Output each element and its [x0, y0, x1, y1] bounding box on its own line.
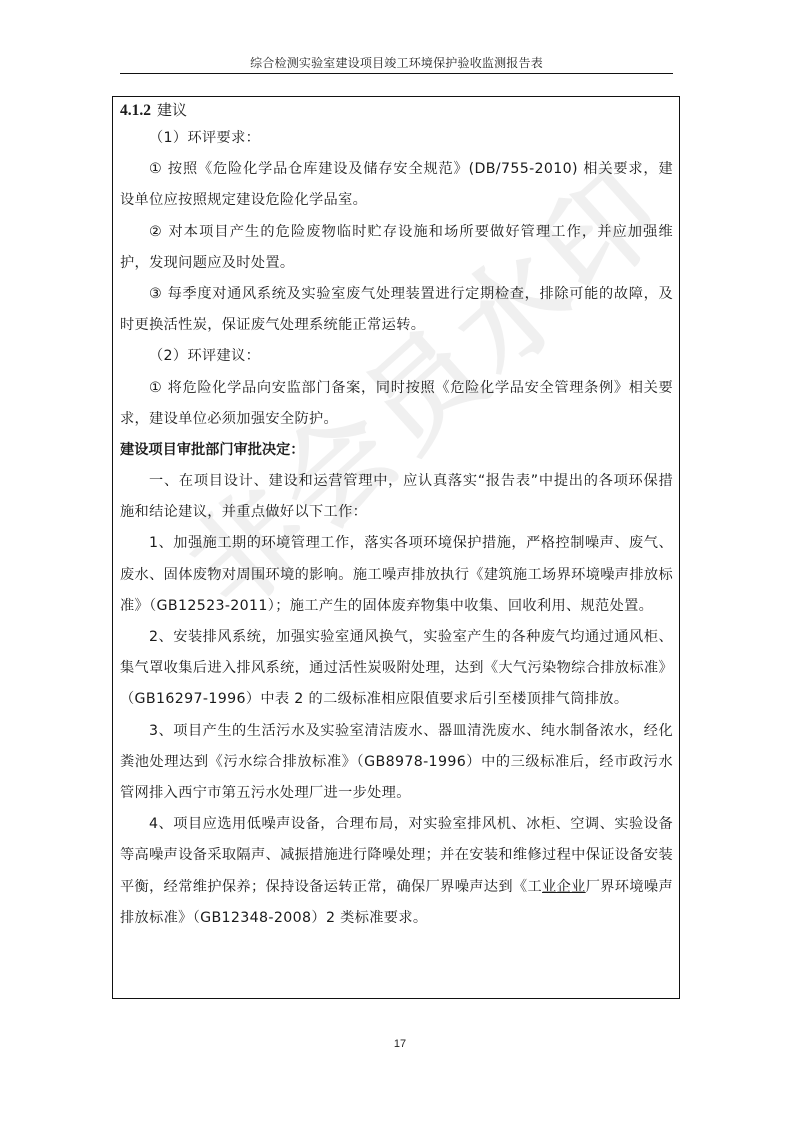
approval-item: 3、项目产生的生活污水及实验室清洁废水、器皿清洗废水、纯水制备浓水，经化粪池处理… — [120, 716, 673, 810]
suggestions-heading: （2）环评建议： — [120, 341, 673, 372]
requirement-item: ① 按照《危险化学品仓库建设及储存安全规范》(DB/755-2010) 相关要求… — [120, 154, 673, 216]
approval-item: 2、安装排风系统，加强实验室通风换气，实验室产生的各种废气均通过通风柜、集气罩收… — [120, 622, 673, 716]
suggestion-item: ① 将危险化学品向安监部门备案，同时按照《危险化学品安全管理条例》相关要求，建设… — [120, 373, 673, 435]
header-rule — [120, 73, 673, 74]
underlined-text: 业企业 — [542, 879, 586, 895]
section-number: 4.1.2 — [120, 102, 151, 119]
approval-item: 4、项目应选用低噪声设备，合理布局，对实验室排风机、冰柜、空调、实验设备等高噪声… — [120, 809, 673, 934]
section-title: 建议 — [157, 101, 187, 119]
section-heading: 4.1.2建议 — [120, 99, 673, 123]
requirement-item: ② 对本项目产生的危险废物临时贮存设施和场所要做好管理工作，并应加强维护，发现问… — [120, 217, 673, 279]
page-number: 17 — [380, 1038, 420, 1050]
content-box: 4.1.2建议 （1）环评要求： ① 按照《危险化学品仓库建设及储存安全规范》(… — [112, 96, 680, 999]
requirements-heading: （1）环评要求： — [120, 123, 673, 154]
approval-heading: 建设项目审批部门审批决定： — [120, 435, 673, 466]
page-header-title: 综合检测实验室建设项目竣工环境保护验收监测报告表 — [120, 56, 673, 70]
approval-item: 1、加强施工期的环境管理工作，落实各项环境保护措施，严格控制噪声、废气、废水、固… — [120, 528, 673, 622]
approval-intro: 一、在项目设计、建设和运营管理中，应认真落实“报告表”中提出的各项环保措施和结论… — [120, 466, 673, 528]
requirement-item: ③ 每季度对通风系统及实验室废气处理装置进行定期检查，排除可能的故障，及时更换活… — [120, 279, 673, 341]
